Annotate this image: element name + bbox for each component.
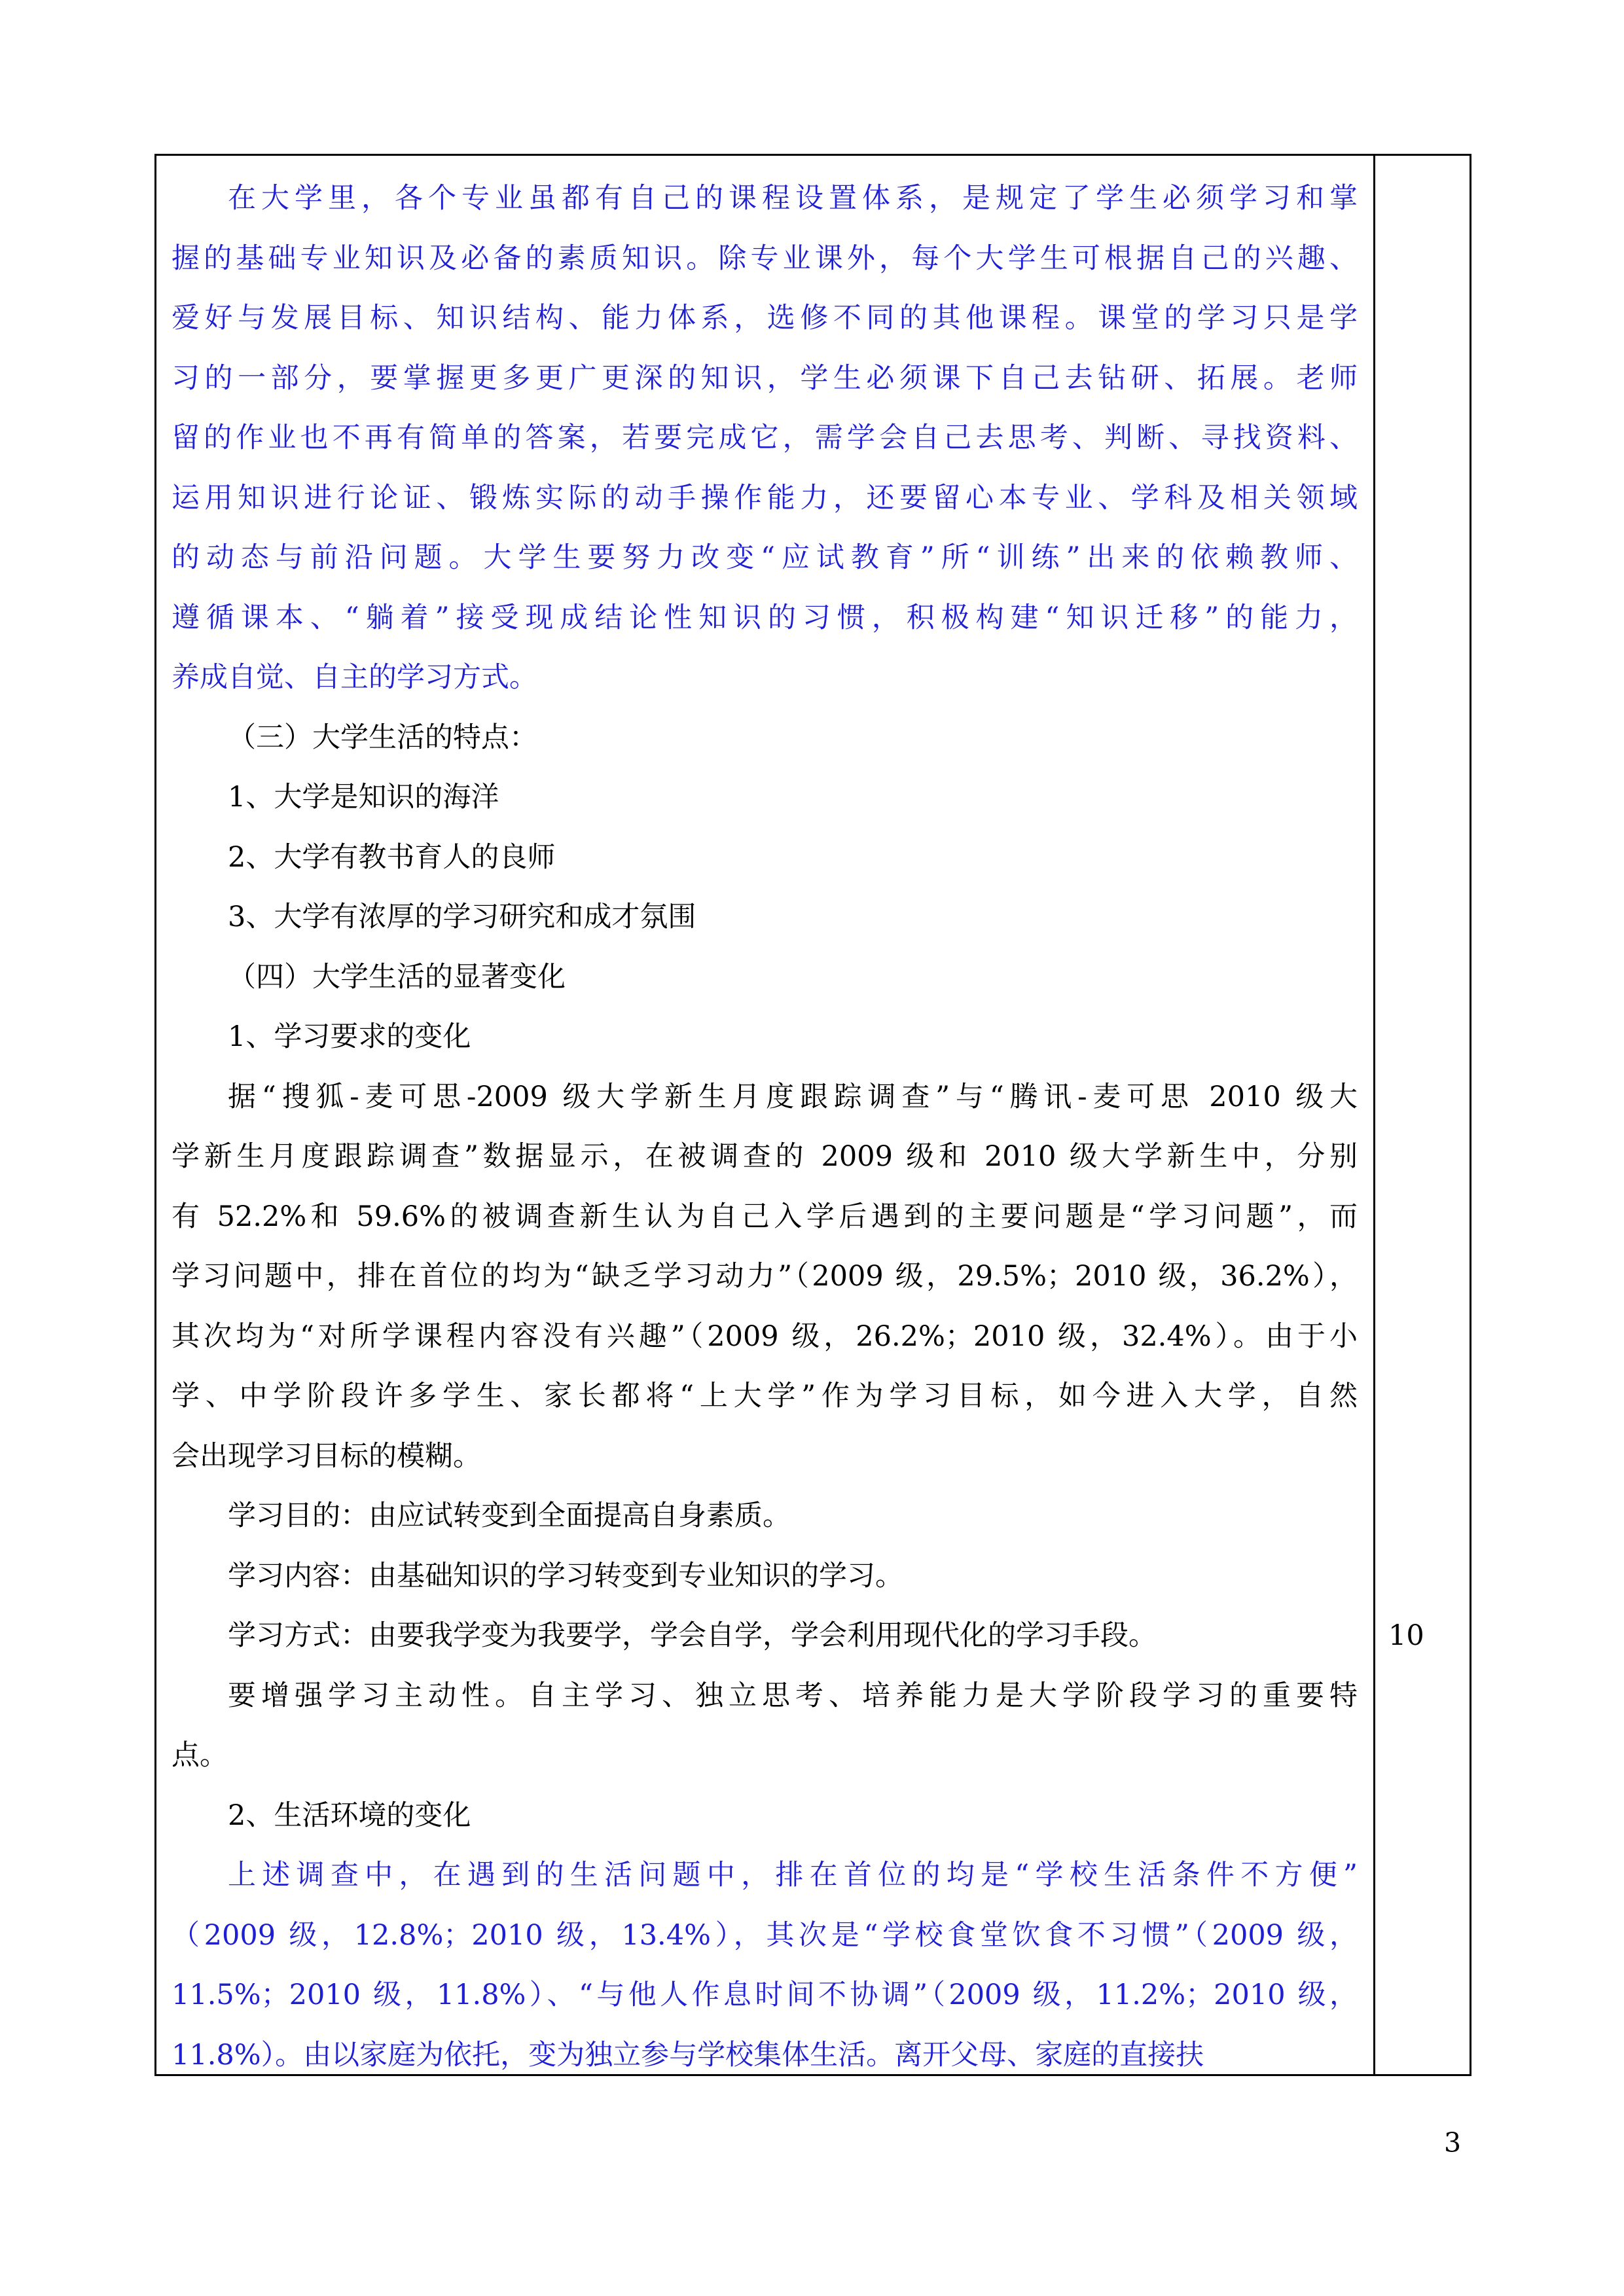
text-line: 运用知识进行论证、锻炼实际的动手操作能力，还要留心本专业、学科及相关领域 bbox=[171, 469, 1358, 529]
main-text-cell: 在大学里，各个专业虽都有自己的课程设置体系，是规定了学生必须学习和掌握的基础专业… bbox=[156, 156, 1373, 2074]
text-line: 其次均为“对所学课程内容没有兴趣”（2009 级，26.2%；2010 级，32… bbox=[171, 1307, 1358, 1367]
text-line: 1、大学是知识的海洋 bbox=[171, 768, 1358, 828]
text-line: 要增强学习主动性。自主学习、独立思考、培养能力是大学阶段学习的重要特 bbox=[171, 1666, 1358, 1727]
text-line: （四）大学生活的显著变化 bbox=[171, 948, 1358, 1008]
text-line: 有 52.2%和 59.6%的被调查新生认为自己入学后遇到的主要问题是“学习问题… bbox=[171, 1187, 1358, 1247]
text-line: 学新生月度跟踪调查”数据显示，在被调查的 2009 级和 2010 级大学新生中… bbox=[171, 1127, 1358, 1187]
document-page: 在大学里，各个专业虽都有自己的课程设置体系，是规定了学生必须学习和掌握的基础专业… bbox=[0, 0, 1624, 2296]
text-line: 学习问题中，排在首位的均为“缺乏学习动力”（2009 级，29.5%；2010 … bbox=[171, 1247, 1358, 1307]
text-line: 养成自觉、自主的学习方式。 bbox=[171, 648, 1358, 708]
text-line: （三）大学生活的特点： bbox=[171, 708, 1358, 768]
text-line: 会出现学习目标的模糊。 bbox=[171, 1427, 1358, 1487]
text-line: 2、大学有教书育人的良师 bbox=[171, 828, 1358, 888]
text-line: （2009 级，12.8%；2010 级，13.4%），其次是“学校食堂饮食不习… bbox=[171, 1906, 1358, 1966]
text-line: 学习内容：由基础知识的学习转变到专业知识的学习。 bbox=[171, 1547, 1358, 1607]
content-table: 在大学里，各个专业虽都有自己的课程设置体系，是规定了学生必须学习和掌握的基础专业… bbox=[154, 154, 1471, 2076]
text-line: 3、大学有浓厚的学习研究和成才氛围 bbox=[171, 888, 1358, 948]
text-line: 在大学里，各个专业虽都有自己的课程设置体系，是规定了学生必须学习和掌 bbox=[171, 169, 1358, 229]
text-line: 1、学习要求的变化 bbox=[171, 1007, 1358, 1067]
text-line: 爱好与发展目标、知识结构、能力体系，选修不同的其他课程。课堂的学习只是学 bbox=[171, 289, 1358, 349]
text-line: 据“搜狐-麦可思-2009 级大学新生月度跟踪调查”与“腾讯-麦可思 2010 … bbox=[171, 1067, 1358, 1128]
side-column-cell: 10 bbox=[1373, 156, 1470, 2074]
text-line: 点。 bbox=[171, 1726, 1358, 1786]
text-line: 习的一部分，要掌握更多更广更深的知识，学生必须课下自己去钻研、拓展。老师 bbox=[171, 349, 1358, 409]
text-line: 留的作业也不再有简单的答案，若要完成它，需学会自己去思考、判断、寻找资料、 bbox=[171, 408, 1358, 469]
text-line: 11.8%）。由以家庭为依托，变为独立参与学校集体生活。离开父母、家庭的直接扶 bbox=[171, 2026, 1358, 2075]
text-line: 的动态与前沿问题。大学生要努力改变“应试教育”所“训练”出来的依赖教师、 bbox=[171, 528, 1358, 588]
text-line: 学习目的：由应试转变到全面提高自身素质。 bbox=[171, 1486, 1358, 1547]
text-line: 上述调查中，在遇到的生活问题中，排在首位的均是“学校生活条件不方便” bbox=[171, 1846, 1358, 1906]
text-line: 遵循课本、“躺着”接受现成结论性知识的习惯，积极构建“知识迁移”的能力， bbox=[171, 588, 1358, 649]
page-number: 3 bbox=[1444, 2128, 1461, 2157]
text-line: 2、生活环境的变化 bbox=[171, 1786, 1358, 1846]
text-line: 握的基础专业知识及必备的素质知识。除专业课外，每个大学生可根据自己的兴趣、 bbox=[171, 229, 1358, 289]
side-column-value: 10 bbox=[1388, 1621, 1424, 1651]
text-line: 11.5%；2010 级，11.8%）、“与他人作息时间不协调”（2009 级，… bbox=[171, 1965, 1358, 2026]
text-line: 学习方式：由要我学变为我要学，学会自学，学会利用现代化的学习手段。 bbox=[171, 1606, 1358, 1666]
text-line: 学、中学阶段许多学生、家长都将“上大学”作为学习目标，如今进入大学，自然 bbox=[171, 1367, 1358, 1427]
